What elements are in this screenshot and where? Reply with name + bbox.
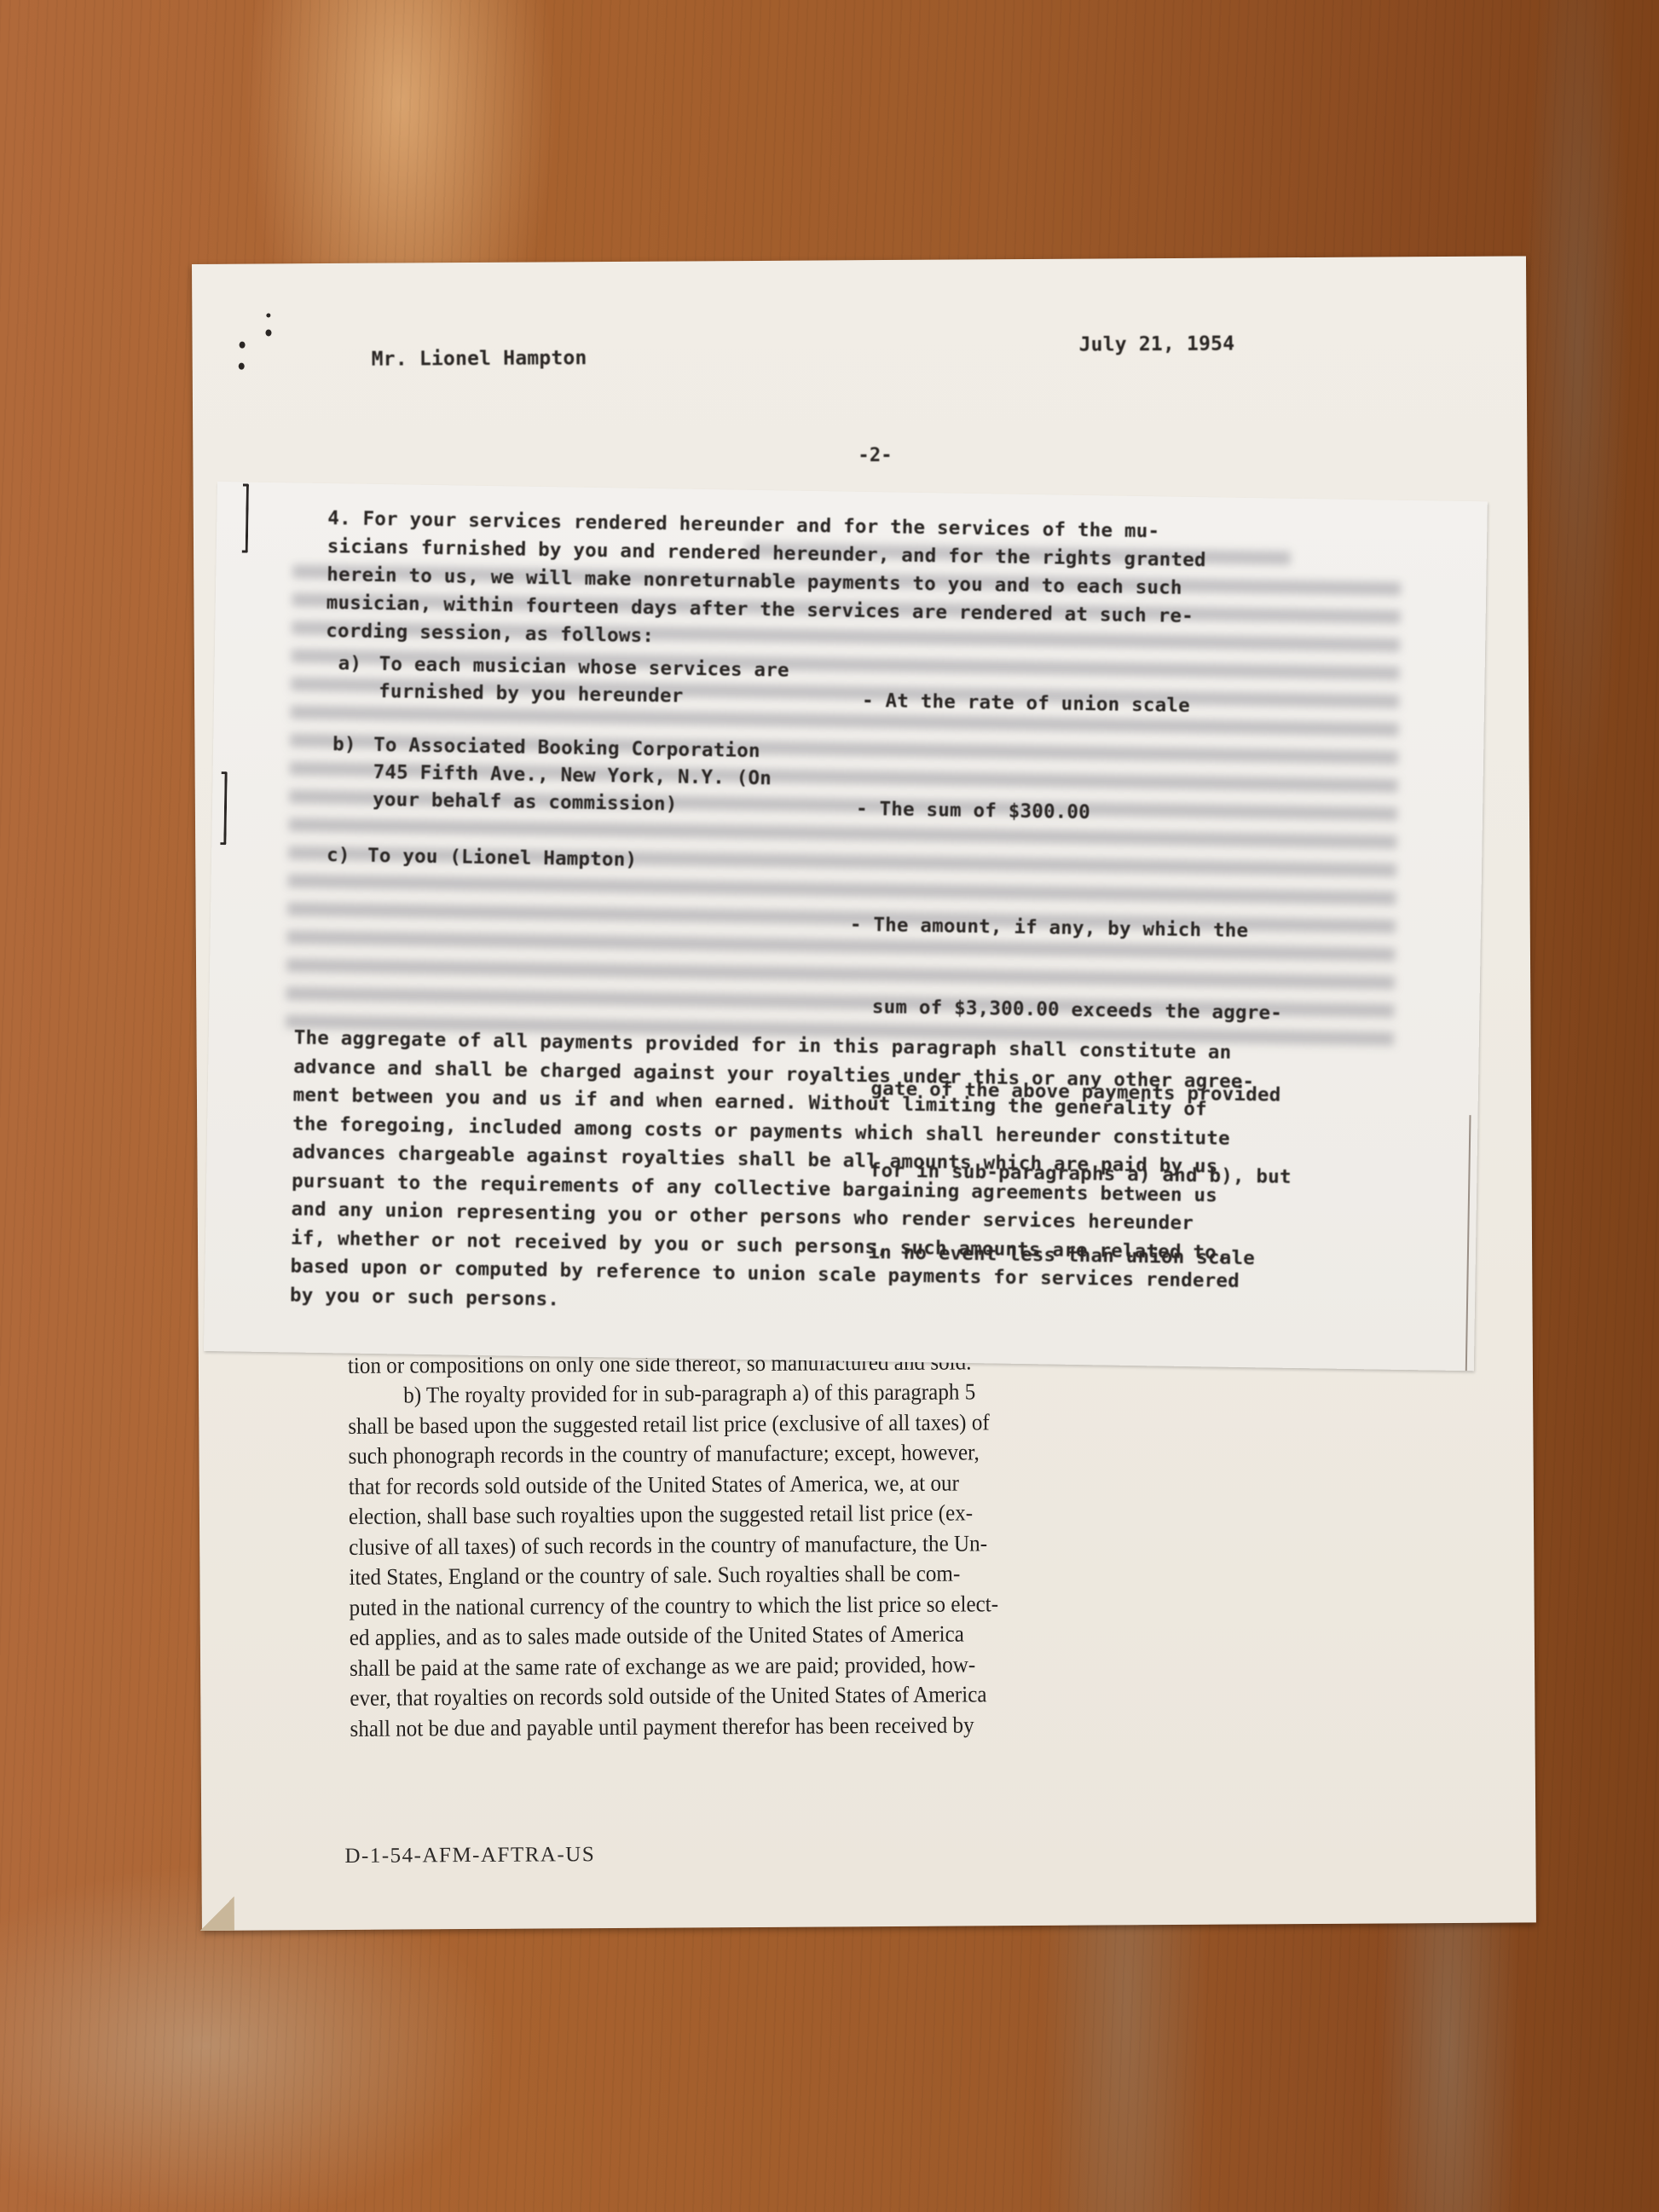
margin-bracket	[220, 771, 227, 845]
amount-line: - The amount, if any, by which the	[850, 911, 1361, 946]
item-label: b)	[332, 731, 356, 758]
punch-mark	[240, 342, 246, 349]
item-label: c)	[327, 841, 350, 869]
sheet-edge	[1465, 1115, 1471, 1371]
amount-line: sum of $3,300.00 exceeds the aggre-	[848, 993, 1360, 1028]
recipient: To Associated Booking Corporation 745 Fi…	[373, 731, 851, 821]
aggregate-paragraph: The aggregate of all payments provided f…	[290, 1024, 1462, 1327]
body-line: shall not be due and payable until payme…	[350, 1708, 1286, 1744]
margin-bracket	[242, 483, 249, 552]
recipient: To you (Lionel Hampton)	[367, 842, 845, 877]
letter-date: July 21, 1954	[1079, 333, 1235, 356]
paragraph-4: 4. For your services rendered hereunder …	[326, 505, 1444, 663]
recipient-line: To you (Lionel Hampton)	[367, 842, 845, 877]
torn-corner	[200, 1897, 234, 1931]
punch-mark	[266, 313, 270, 317]
item-label: a)	[338, 650, 361, 677]
amount: - The sum of $300.00	[856, 795, 1367, 830]
page-number: -2-	[858, 445, 892, 466]
addressee: Mr. Lionel Hampton	[372, 347, 587, 371]
amount-line: - The sum of $300.00	[856, 795, 1367, 830]
pasted-insert-sheet: 4. For your services rendered hereunder …	[204, 482, 1488, 1371]
punch-mark	[265, 329, 271, 336]
form-code: D-1-54-AFM-AFTRA-US	[344, 1843, 595, 1868]
recipient: To each musician whose services are furn…	[379, 650, 857, 713]
punch-mark	[239, 363, 245, 370]
body-text: taxes) in respect of 90% of all phonogra…	[348, 1314, 1286, 1744]
